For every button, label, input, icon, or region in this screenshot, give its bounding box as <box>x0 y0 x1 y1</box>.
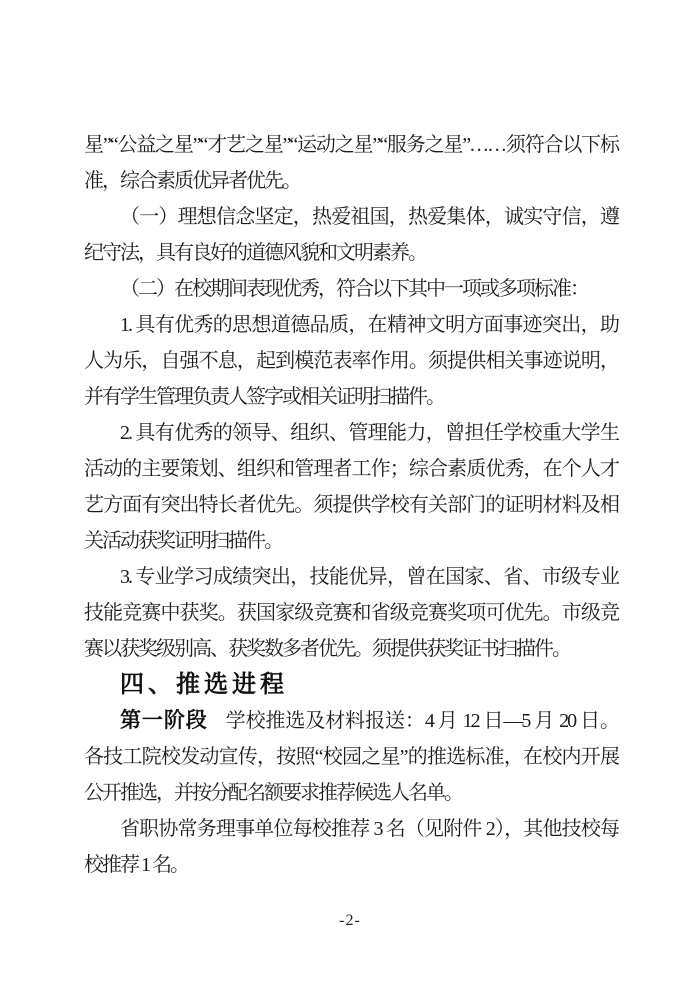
body-text-line: 并有学生管理负责人签字或相关证明扫描件。 <box>84 379 618 415</box>
body-text-line: 艺方面有突出特长者优先。须提供学校有关部门的证明材料及相 <box>84 487 618 523</box>
numbered-item-line: 2. 具有优秀的领导、组织、管理能力，曾担任学校重大学生 <box>84 415 618 451</box>
body-text-line: 各技工院校发动宣传，按照“校园之星”的推选标准，在校内开展 <box>84 739 618 775</box>
phase-label: 第一阶段 <box>120 709 208 732</box>
body-text-line: 技能竞赛中获奖。获国家级竞赛和省级竞赛奖项可优先。市级竞 <box>84 595 618 631</box>
body-text-line: 关活动获奖证明扫描件。 <box>84 523 618 559</box>
body-text-line: 公开推选，并按分配名额要求推荐候选人名单。 <box>84 775 618 811</box>
body-text-line: 校推荐 1 名。 <box>84 847 618 883</box>
body-text-line: 星”“公益之星”“才艺之星”“运动之星”“服务之星”……须符合以下标 <box>84 127 618 163</box>
numbered-item-line: 1. 具有优秀的思想道德品质，在精神文明方面事迹突出，助 <box>84 307 618 343</box>
body-text-line: 纪守法，具有良好的道德风貌和文明素养。 <box>84 235 618 271</box>
body-text-line: 省职协常务理事单位每校推荐 3 名（见附件 2），其他技校每 <box>84 811 618 847</box>
body-text-line: 赛以获奖级别高、获奖数多者优先。须提供获奖证书扫描件。 <box>84 631 618 667</box>
document-page: 星”“公益之星”“才艺之星”“运动之星”“服务之星”……须符合以下标 准，综合素… <box>0 0 700 990</box>
body-text-line: 人为乐，自强不息，起到模范表率作用。须提供相关事迹说明， <box>84 343 618 379</box>
section-heading: 四、推选进程 <box>84 667 618 703</box>
phase-line: 第一阶段学校推选及材料报送：4 月 12 日—5 月 20 日。 <box>84 703 618 739</box>
body-text-line: （二）在校期间表现优秀，符合以下其中一项或多项标准： <box>84 271 618 307</box>
page-number: -2- <box>0 911 700 931</box>
body-text-line: 活动的主要策划、组织和管理者工作；综合素质优秀，在个人才 <box>84 451 618 487</box>
numbered-item-line: 3. 专业学习成绩突出，技能优异，曾在国家、省、市级专业 <box>84 559 618 595</box>
body-text-line: 准，综合素质优异者优先。 <box>84 163 618 199</box>
document-body: 星”“公益之星”“才艺之星”“运动之星”“服务之星”……须符合以下标 准，综合素… <box>84 127 618 883</box>
phase-text: 学校推选及材料报送：4 月 12 日—5 月 20 日。 <box>226 710 618 732</box>
body-text-line: （一）理想信念坚定，热爱祖国，热爱集体，诚实守信，遵 <box>84 199 618 235</box>
